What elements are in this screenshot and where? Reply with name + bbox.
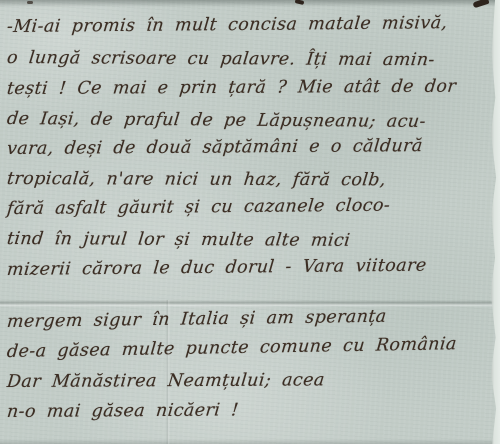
handwritten-line: mergem sigur în Italia și am speranța bbox=[6, 305, 485, 332]
handwritten-line: fără asfalt găurit și cu cazanele cloco- bbox=[6, 195, 485, 219]
handwritten-line: n-o mai găsea nicăeri ! bbox=[6, 399, 485, 422]
handwritten-line: Dar Mănăstirea Neamțului; acea bbox=[6, 369, 485, 392]
handwritten-line: o lungă scrisoare cu palavre. Îți mai am… bbox=[6, 48, 485, 70]
letter-page: -Mi-ai promis în mult concisa matale mis… bbox=[0, 0, 500, 444]
handwritten-line: tind în jurul lor și multe alte mici bbox=[6, 229, 485, 251]
handwritten-line: de Iași, de praful de pe Lăpușneanu; acu… bbox=[6, 109, 485, 132]
bottom-scan-edge bbox=[0, 439, 500, 444]
top-scan-edge bbox=[0, 0, 500, 7]
handwritten-line: -Mi-ai promis în mult concisa matale mis… bbox=[6, 13, 485, 37]
handwritten-line: tropicală, n'are nici un haz, fără colb, bbox=[6, 169, 485, 191]
handwritten-line: vara, deși de două săptămâni e o căldură bbox=[6, 136, 485, 159]
handwritten-line: tești ! Ce mai e prin țară ? Mie atât de… bbox=[6, 76, 485, 99]
handwritten-line: mizerii cărora le duc dorul - Vara viito… bbox=[6, 255, 485, 280]
handwritten-line: de-a găsea multe puncte comune cu Români… bbox=[6, 334, 485, 362]
ink-speck bbox=[472, 0, 489, 8]
torn-edge-right bbox=[487, 0, 500, 444]
ink-speck bbox=[27, 1, 33, 4]
